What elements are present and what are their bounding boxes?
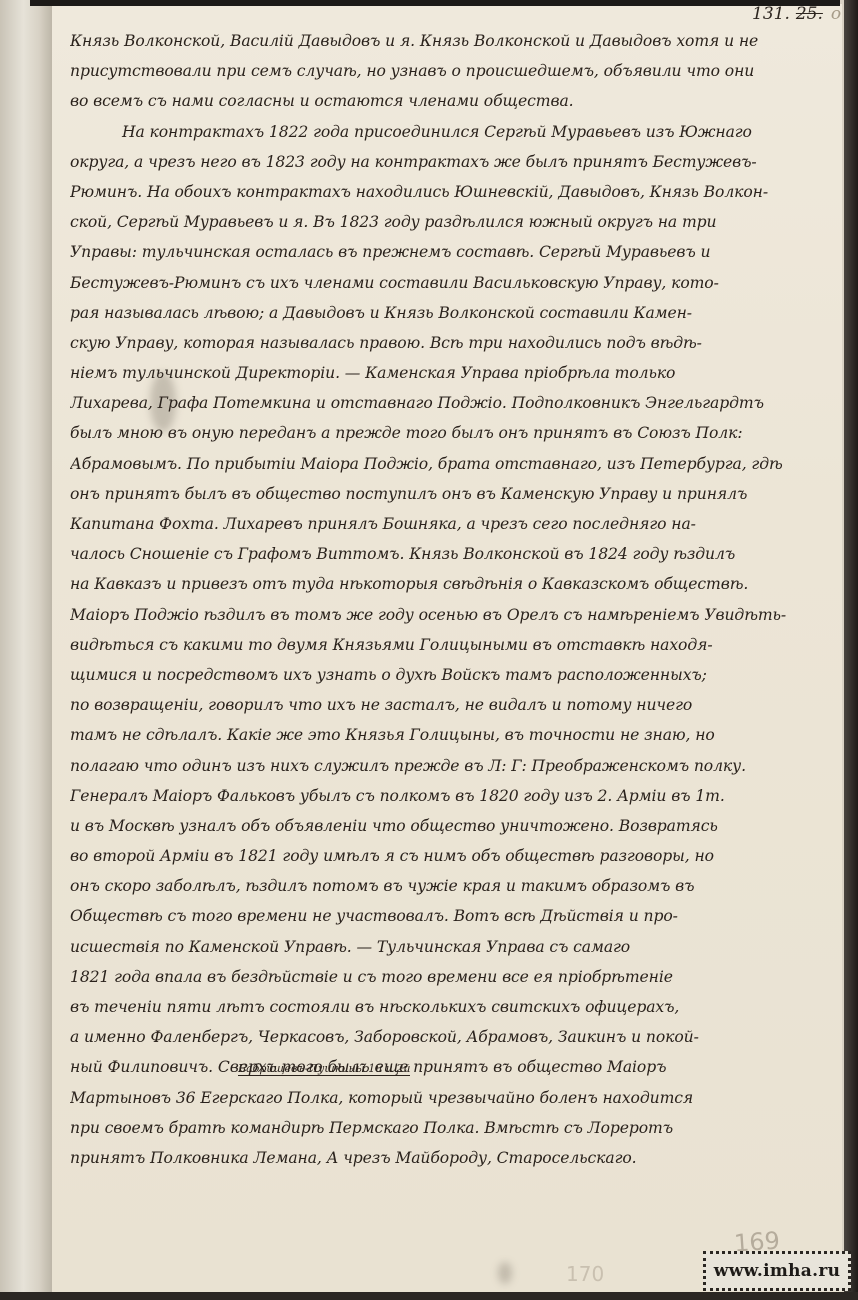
text-line: скую Управу, которая называлась правою. … <box>70 328 840 358</box>
text-line: ской, Сергѣй Муравьевъ и я. Въ 1823 году… <box>70 207 840 237</box>
text-line: видѣться съ какими то двумя Князьями Гол… <box>70 630 840 660</box>
text-line: во второй Арміи въ 1821 году имѣлъ я съ … <box>70 841 840 871</box>
text-line: онъ скоро заболѣлъ, ѣздилъ потомъ въ чуж… <box>70 871 840 901</box>
folio-current: 131. <box>752 4 790 24</box>
text-line: округа, а чрезъ него въ 1823 году на кон… <box>70 147 840 177</box>
text-line: на Кавказъ и привезъ отъ туда нѣкоторыя … <box>70 569 840 599</box>
folio-struck: 25. <box>796 4 823 24</box>
text-line: рая называлась лѣвою; а Давыдовъ и Князь… <box>70 298 840 328</box>
text-line: Управы: тульчинская осталась въ прежнемъ… <box>70 237 840 267</box>
text-line: былъ мною въ оную переданъ а прежде того… <box>70 418 840 448</box>
text-line-paragraph-start: На контрактахъ 1822 года присоединился С… <box>70 117 840 147</box>
text-line: Капитана Фохта. Лихаревъ принялъ Бошняка… <box>70 509 840 539</box>
text-line: ніемъ тульчинской Директоріи. — Каменска… <box>70 358 840 388</box>
interlinear-note: Бабрищевъ-Пушкины 1й и 2й <box>238 1062 410 1076</box>
ink-stain <box>498 1262 512 1284</box>
scanned-manuscript: 131.25.o Князь Волконской, Василій Давыд… <box>0 0 858 1300</box>
text-line: тамъ не сдѣлалъ. Какіе же это Князья Гол… <box>70 720 840 750</box>
text-line: Маіоръ Поджіо ѣздилъ въ томъ же году осе… <box>70 600 840 630</box>
folio-number: 131.25.o <box>752 4 841 24</box>
manuscript-text: Князь Волконской, Василій Давыдовъ и я. … <box>70 26 840 1173</box>
text-line: чалось Сношеніе съ Графомъ Виттомъ. Княз… <box>70 539 840 569</box>
text-line: Абрамовымъ. По прибытіи Маіора Поджіо, б… <box>70 449 840 479</box>
site-watermark: www.imha.ru <box>703 1251 851 1291</box>
scan-top-edge <box>30 0 840 6</box>
text-line: полагаю что одинъ изъ нихъ служилъ прежд… <box>70 751 840 781</box>
archive-page-number-faint: 170 <box>566 1262 604 1286</box>
text-line: Князь Волконской, Василій Давыдовъ и я. … <box>70 26 840 56</box>
page-fold <box>0 0 53 1300</box>
text-line: принятъ Полковника Лемана, А чрезъ Майбо… <box>70 1143 840 1173</box>
text-line: а именно Фаленбергъ, Черкасовъ, Заборовс… <box>70 1022 840 1052</box>
text-line: и въ Москвѣ узналъ объ объявленіи что об… <box>70 811 840 841</box>
scan-bottom-edge <box>0 1292 858 1300</box>
text-line: при своемъ братѣ командирѣ Пермскаго Пол… <box>70 1113 840 1143</box>
text-line: по возвращеніи, говорилъ что ихъ не заст… <box>70 690 840 720</box>
text-line: въ теченіи пяти лѣтъ состояли въ нѣсколь… <box>70 992 840 1022</box>
text-line: 1821 года впала въ бездѣйствіе и съ того… <box>70 962 840 992</box>
text-line: Обществѣ съ того времени не участвовалъ.… <box>70 901 840 931</box>
text-line: щимися и посредствомъ ихъ узнать о духѣ … <box>70 660 840 690</box>
text-line: ный Филиповичъ. Сверхъ того былъ еще при… <box>70 1052 840 1082</box>
scan-right-edge <box>844 0 858 1300</box>
text-line: исшествія по Каменской Управѣ. — Тульчин… <box>70 932 840 962</box>
text-line: Мартыновъ 36 Егерскаго Полка, который чр… <box>70 1083 840 1113</box>
text-line: во всемъ съ нами согласны и остаются чле… <box>70 86 840 116</box>
text-line: Генералъ Маіоръ Фальковъ убылъ съ полком… <box>70 781 840 811</box>
text-line: Рюминъ. На обоихъ контрактахъ находились… <box>70 177 840 207</box>
text-line: Бестужевъ-Рюминъ съ ихъ членами составил… <box>70 268 840 298</box>
text-line: присутствовали при семъ случаѣ, но узнав… <box>70 56 840 86</box>
text-line: онъ принятъ былъ въ общество поступилъ о… <box>70 479 840 509</box>
folio-mark: o <box>831 4 841 24</box>
text-line: Лихарева, Графа Потемкина и отставнаго П… <box>70 388 840 418</box>
